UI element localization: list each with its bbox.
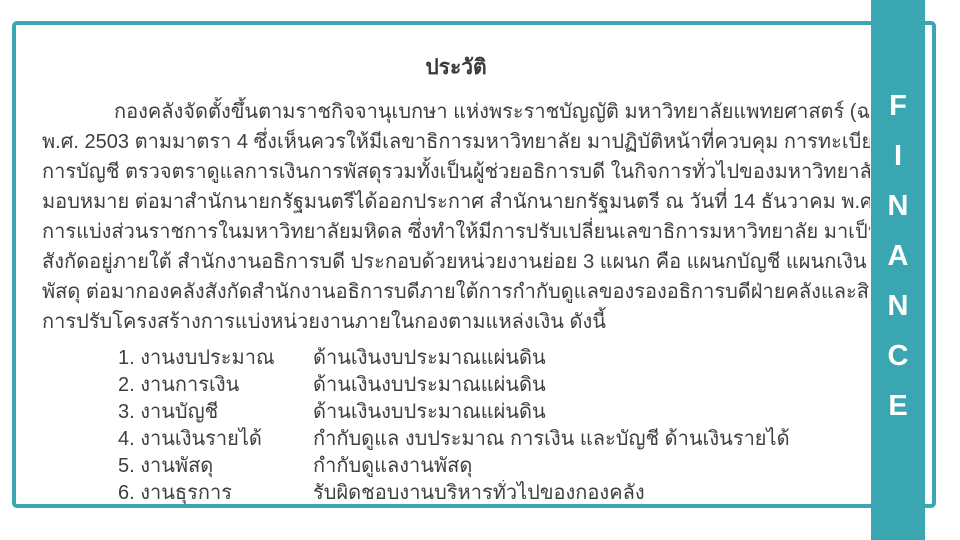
- card-content: ประวัติ กองคลังจัดตั้งขึ้นตามราชกิจจานุเ…: [42, 25, 870, 507]
- unit-label: 6. งานธุรการ: [118, 480, 313, 507]
- unit-label: 3. งานบัญชี: [118, 399, 313, 426]
- history-paragraph: กองคลังจัดตั้งขึ้นตามราชกิจจานุเบกษา แห่…: [42, 97, 870, 337]
- unit-label: 2. งานการเงิน: [118, 372, 313, 399]
- unit-desc: รับผิดชอบงานบริหารทั่วไปของกองคลัง: [313, 480, 870, 507]
- unit-label: 4. งานเงินรายได้: [118, 426, 313, 453]
- paragraph-line: การบัญชี ตรวจตราดูแลการเงินการพัสดุรวมทั…: [42, 157, 870, 187]
- unit-desc: กำกับดูแล งบประมาณ การเงิน และบัญชี ด้าน…: [313, 426, 870, 453]
- unit-desc: ด้านเงินงบประมาณแผ่นดิน: [313, 399, 870, 426]
- paragraph-line: การแบ่งส่วนราชการในมหาวิทยาลัยมหิดล ซึ่ง…: [42, 217, 870, 247]
- unit-row: 1. งานงบประมาณ ด้านเงินงบประมาณแผ่นดิน: [118, 345, 870, 372]
- ribbon-letter: N: [888, 292, 909, 321]
- ribbon-letter: F: [889, 92, 907, 121]
- ribbon-letter: N: [888, 192, 909, 221]
- ribbon-letter: C: [888, 342, 909, 371]
- history-card: ประวัติ กองคลังจัดตั้งขึ้นตามราชกิจจานุเ…: [12, 21, 936, 508]
- unit-row: 6. งานธุรการ รับผิดชอบงานบริหารทั่วไปของ…: [118, 480, 870, 507]
- paragraph-line: สังกัดอยู่ภายใต้ สำนักงานอธิการบดี ประกอ…: [42, 247, 870, 277]
- unit-desc: ด้านเงินงบประมาณแผ่นดิน: [313, 372, 870, 399]
- ribbon-letter: A: [888, 242, 909, 271]
- units-list: 1. งานงบประมาณ ด้านเงินงบประมาณแผ่นดิน 2…: [42, 345, 870, 507]
- paragraph-line: การปรับโครงสร้างการแบ่งหน่วยงานภายในกองต…: [42, 307, 870, 337]
- paragraph-line: พ.ศ. 2503 ตามมาตรา 4 ซึ่งเห็นควรให้มีเลข…: [42, 127, 870, 157]
- unit-row: 5. งานพัสดุ กำกับดูแลงานพัสดุ: [118, 453, 870, 480]
- unit-desc: กำกับดูแลงานพัสดุ: [313, 453, 870, 480]
- ribbon-letter: I: [894, 142, 902, 171]
- paragraph-line: มอบหมาย ต่อมาสำนักนายกรัฐมนตรีได้ออกประก…: [42, 187, 870, 217]
- unit-label: 1. งานงบประมาณ: [118, 345, 313, 372]
- slide: ประวัติ กองคลังจัดตั้งขึ้นตามราชกิจจานุเ…: [0, 0, 960, 540]
- ribbon-letter: E: [888, 392, 907, 421]
- paragraph-line: พัสดุ ต่อมากองคลังสังกัดสำนักงานอธิการบด…: [42, 277, 870, 307]
- unit-label: 5. งานพัสดุ: [118, 453, 313, 480]
- paragraph-line: กองคลังจัดตั้งขึ้นตามราชกิจจานุเบกษา แห่…: [42, 97, 870, 127]
- unit-row: 4. งานเงินรายได้ กำกับดูแล งบประมาณ การเ…: [118, 426, 870, 453]
- finance-ribbon: F I N A N C E: [871, 0, 925, 540]
- unit-desc: ด้านเงินงบประมาณแผ่นดิน: [313, 345, 870, 372]
- page-title: ประวัติ: [42, 53, 870, 83]
- unit-row: 3. งานบัญชี ด้านเงินงบประมาณแผ่นดิน: [118, 399, 870, 426]
- unit-row: 2. งานการเงิน ด้านเงินงบประมาณแผ่นดิน: [118, 372, 870, 399]
